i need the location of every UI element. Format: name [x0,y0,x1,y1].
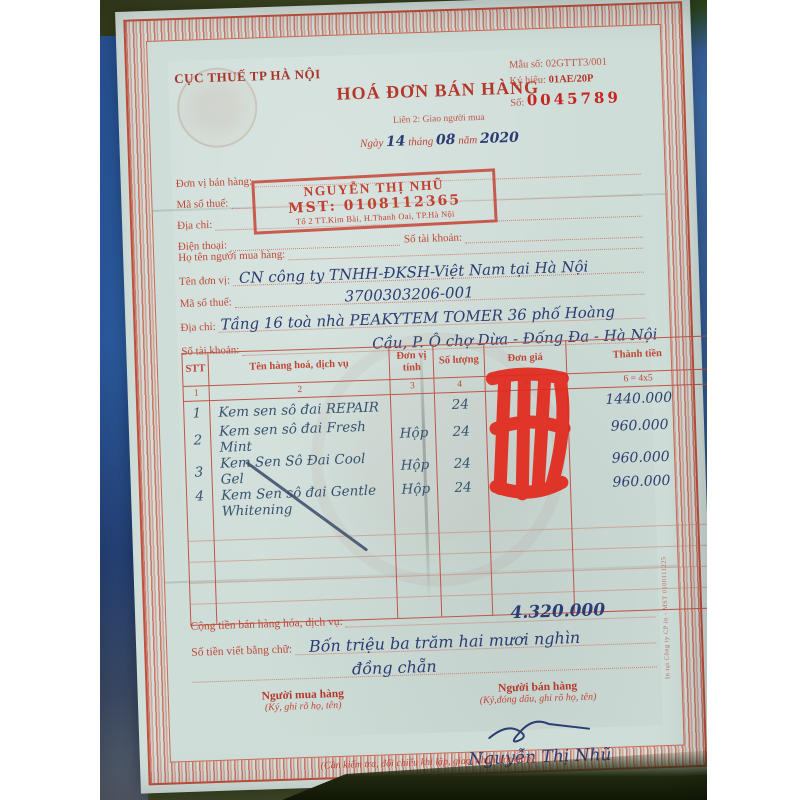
buyer-section: Họ tên người mua hàng: Tên đơn vị: CN cô… [178,228,647,358]
item-total: 960.000 [570,471,707,508]
item-qty: 24 [438,479,489,513]
item-unit [391,393,436,418]
ornamental-red-border: CỤC THUẾ TP HÀ NỘI HOÁ ĐƠN BÁN HÀNG Liên… [123,1,707,785]
signature-flourish [479,716,600,746]
item-stt: 3 [185,456,212,489]
col-num-1: 1 [183,386,210,402]
col-header-unit: Đơn vị tính [389,345,434,379]
date-prefix: Ngày [360,137,384,150]
col-num-3: 3 [390,378,435,394]
item-total: 960.000 [569,439,707,476]
buyer-address-label: Địa chỉ: [180,321,216,334]
col-num-4: 4 [434,376,485,393]
col-header-qty: Số lượng [433,343,484,378]
item-stt: 1 [183,401,210,425]
seller-tax-label: Mã số thuế: [176,197,228,211]
items-table: STT Tên hàng hoá, dịch vụ Đơn vị tính Số… [181,336,707,626]
item-unit: Hộp [393,481,438,514]
invoice-photo: CỤC THUẾ TP HÀ NỘI HOÁ ĐƠN BÁN HÀNG Liên… [100,0,707,800]
item-total: 960.000 [568,407,707,444]
serial-label: Ký hiệu: [509,75,546,87]
number-line: Số: 0045789 [510,85,639,112]
item-price-redacted [486,412,569,447]
item-qty: 24 [436,415,487,449]
serial-value: 01AE/20P [548,73,593,85]
date-day-handwritten: 14 [386,133,406,150]
invoice-paper: CỤC THUẾ TP HÀ NỘI HOÁ ĐƠN BÁN HÀNG Liên… [115,0,707,794]
item-qty: 24 [437,447,488,481]
item-unit: Hộp [392,449,437,482]
item-stt: 4 [186,488,213,521]
amount-words-handwritten-2: đồng chẵn [352,657,437,679]
form-no-label: Mẫu số: [509,59,543,71]
paper-inner-area: CỤC THUẾ TP HÀ NỘI HOÁ ĐƠN BÁN HÀNG Liên… [146,24,685,763]
form-info-block: Mẫu số: 02GTTT3/001 Ký hiệu: 01AE/20P Số… [509,54,639,112]
date-year-label: năm [458,134,477,147]
buyer-unit-label: Tên đơn vị: [179,274,230,288]
seller-address-label: Địa chỉ: [177,219,213,232]
form-no-value: 02GTTT3/001 [546,57,608,70]
item-stt: 2 [184,424,211,457]
invoice-number: 0045789 [527,88,622,109]
buyer-tax-label: Mã số thuế: [180,296,232,310]
date-month-handwritten: 08 [436,132,456,149]
item-price-redacted [487,444,570,479]
date-month-label: tháng [408,136,433,149]
invoice-date-line: Ngày 14 tháng 08 năm 2020 [284,127,594,153]
buyer-signature-block: Người mua hàng (Ký, ghi rõ họ, tên) [193,686,414,716]
col-header-total: Thành tiền [566,336,707,374]
invoice-content: CỤC THUẾ TP HÀ NỘI HOÁ ĐƠN BÁN HÀNG Liên… [172,50,659,737]
item-qty: 24 [435,391,486,416]
item-price-redacted [488,476,571,511]
totals-section: Cộng tiền bán hàng hóa, dịch vụ: 4.320.0… [190,591,657,682]
date-year-handwritten: 2020 [480,130,519,147]
col-header-stt: STT [182,353,209,387]
item-unit: Hộp [391,417,436,450]
copy-note: Liên 2: Giao người mua [294,110,584,130]
col-header-price: Đơn giá [483,341,567,377]
total-amount-handwritten: 4.320.000 [510,600,605,623]
seller-unit-label: Đơn vị bán hàng: [176,176,253,191]
item-price-redacted [485,389,568,415]
number-label: Số: [510,97,524,108]
